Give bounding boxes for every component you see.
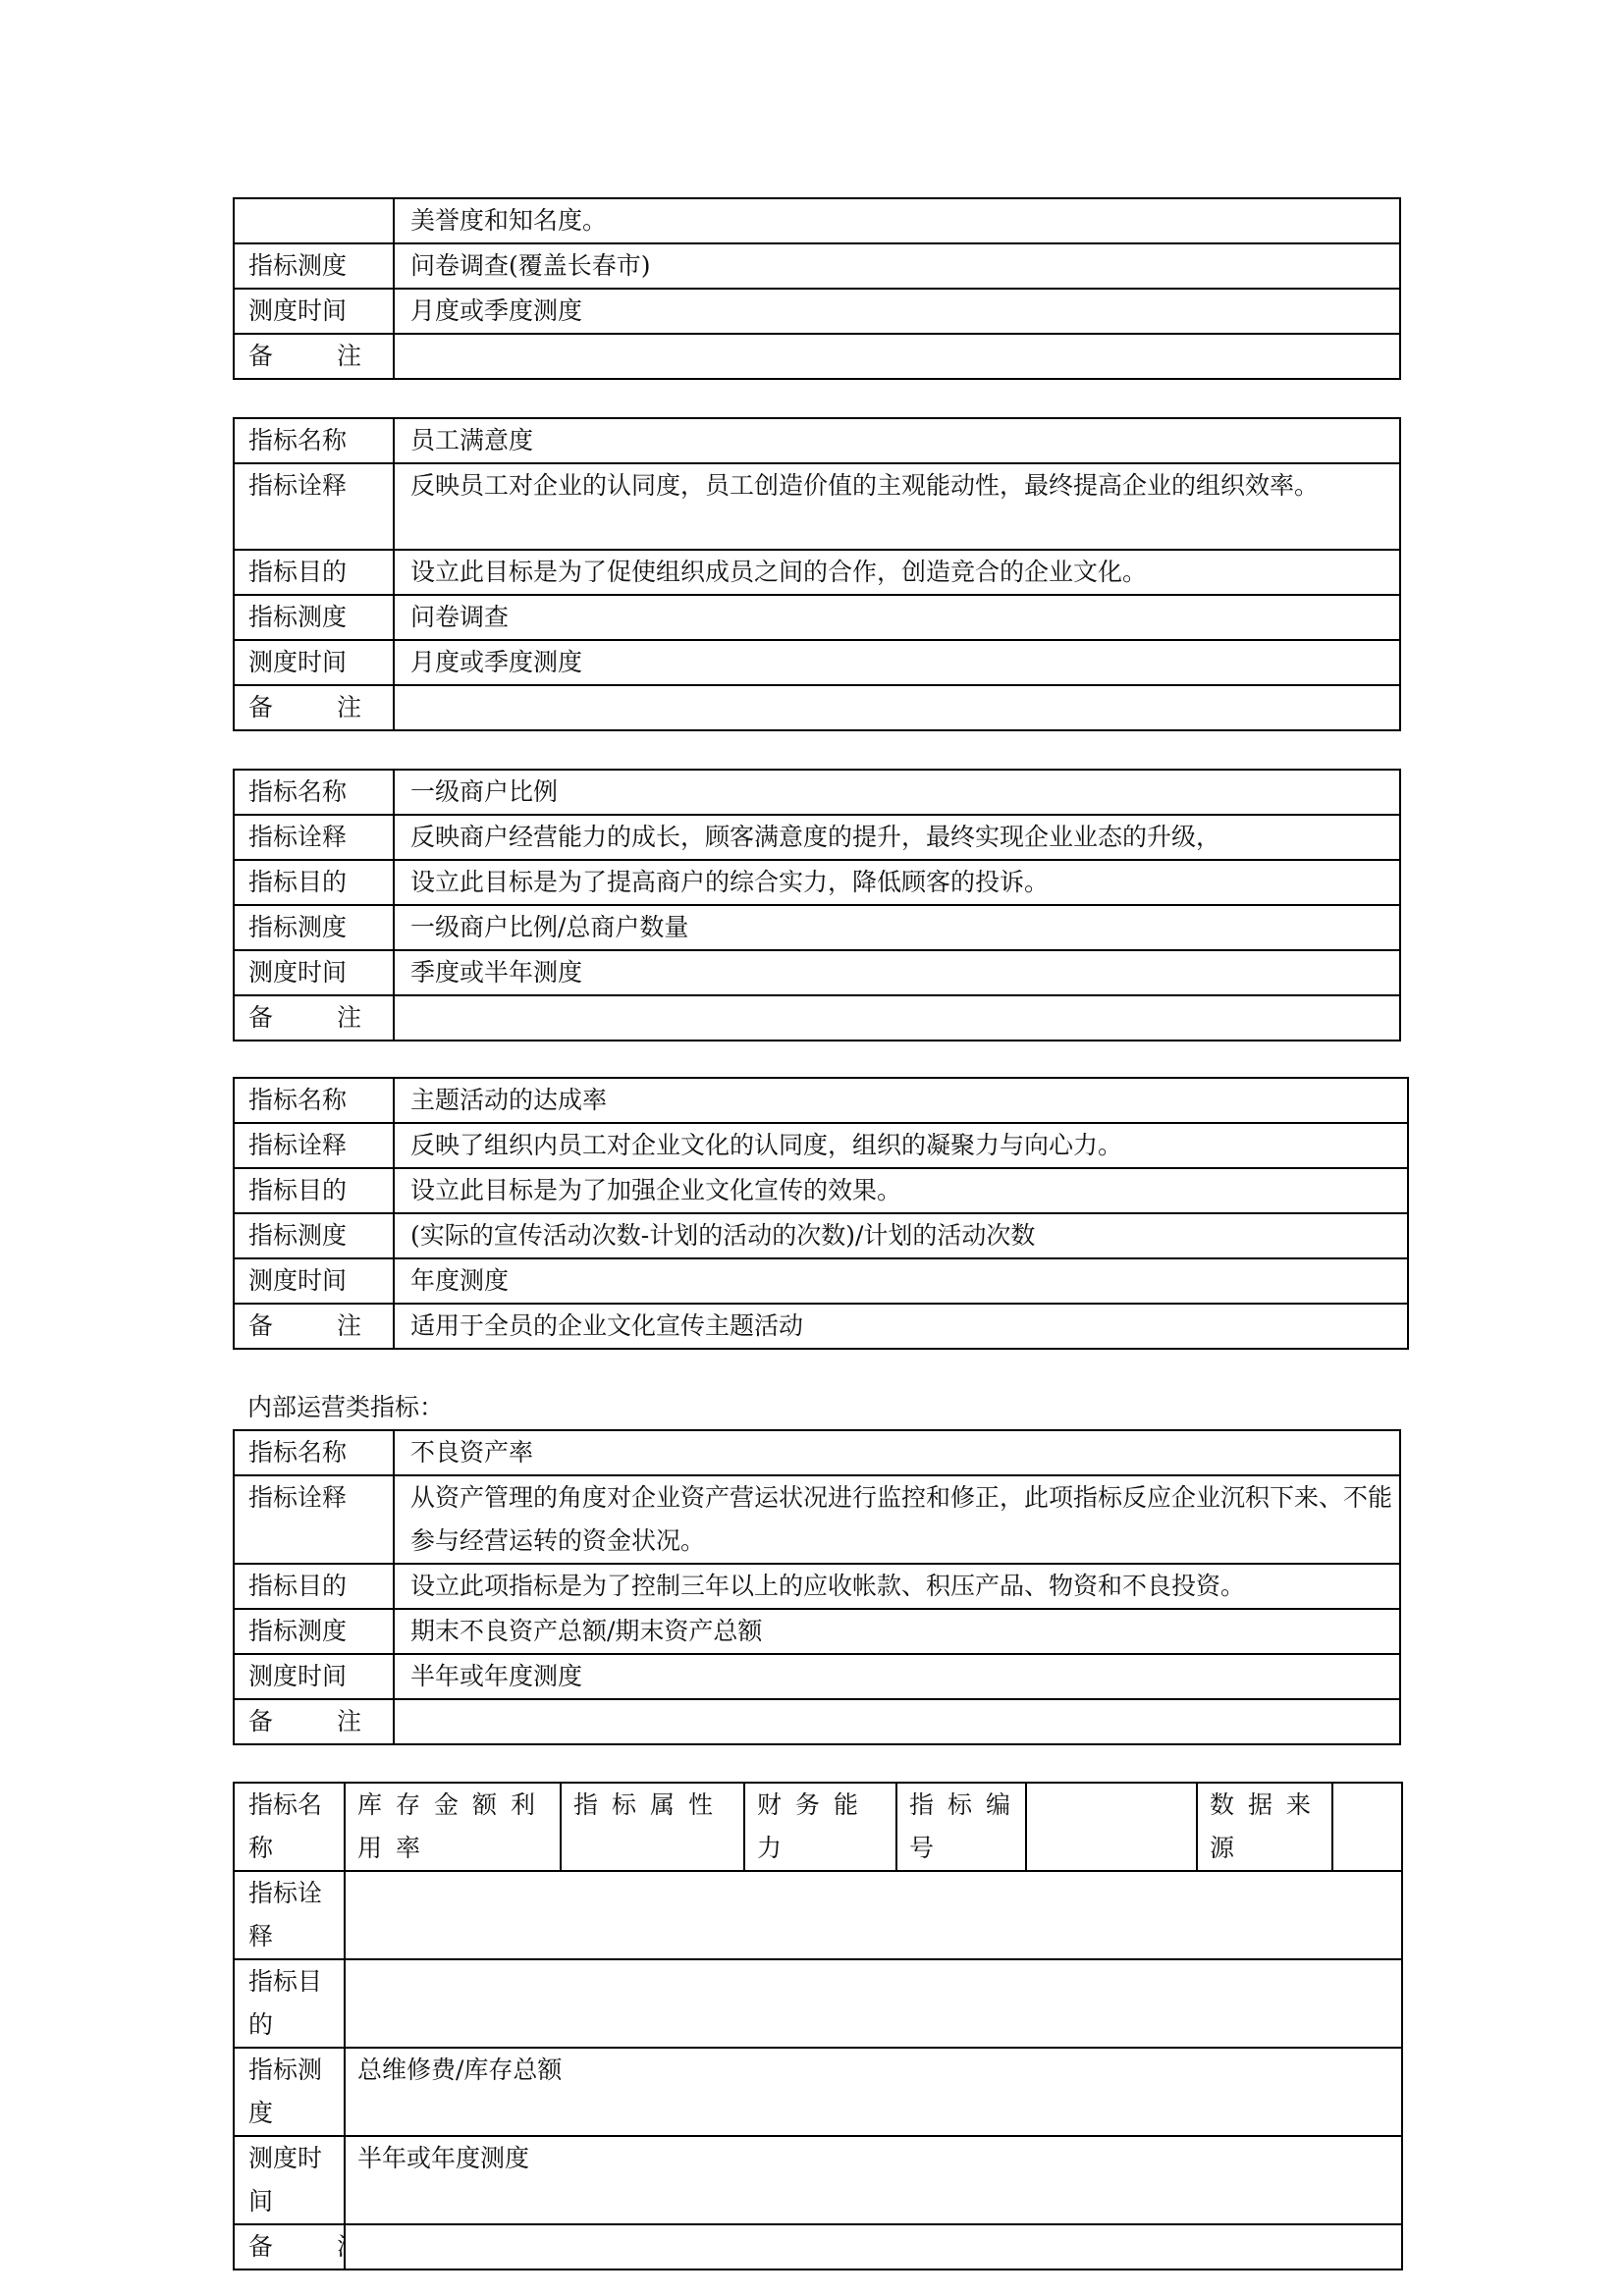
label-measure: 指标测度 — [234, 905, 394, 950]
value-purpose: 设立此目标是为了促使组织成员之间的合作，创造竞合的企业文化。 — [394, 550, 1400, 595]
label-note: 备注 — [234, 2224, 345, 2269]
label-attribute: 指标属性 — [561, 1783, 744, 1871]
table-row: 备注 — [234, 1699, 1400, 1744]
table-row: 测度时间 月度或季度测度 — [234, 640, 1400, 685]
note-char-2: 注 — [337, 996, 361, 1040]
table-row: 指标名称 主题活动的达成率 — [234, 1078, 1408, 1123]
note-char-1: 备 — [248, 1305, 273, 1348]
empty-label-cell — [234, 198, 394, 243]
table-row: 备注 — [234, 995, 1400, 1041]
table-row: 测度时间 半年或年度测度 — [234, 2136, 1402, 2224]
section-caption-internal-operations: 内部运营类指标： — [247, 1388, 444, 1427]
value-name: 主题活动的达成率 — [394, 1078, 1408, 1123]
label-purpose: 指标目的 — [234, 1168, 394, 1213]
label-note: 备注 — [234, 685, 394, 730]
label-time: 测度时间 — [234, 1258, 394, 1304]
table-row: 指标目的 设立此目标是为了促使组织成员之间的合作，创造竞合的企业文化。 — [234, 550, 1400, 595]
note-char-2: 注 — [337, 1700, 361, 1743]
table-row: 指标名称 一级商户比例 — [234, 770, 1400, 815]
table-row: 测度时间 月度或季度测度 — [234, 289, 1400, 334]
value-explain: 反映员工对企业的认同度，员工创造价值的主观能动性，最终提高企业的组织效率。 — [394, 463, 1400, 550]
label-explain: 指标诠释 — [234, 1123, 394, 1168]
table-row: 指标名称 员工满意度 — [234, 418, 1400, 463]
value-name: 一级商户比例 — [394, 770, 1400, 815]
value-note — [394, 685, 1400, 730]
value-note — [345, 2224, 1402, 2269]
value-purpose: 设立此目标是为了加强企业文化宣传的效果。 — [394, 1168, 1408, 1213]
label-name: 指标名称 — [234, 770, 394, 815]
table-row: 指标测度 问卷调查(覆盖长春市) — [234, 243, 1400, 289]
label-name: 指标名称 — [234, 418, 394, 463]
label-purpose: 指标目的 — [234, 860, 394, 905]
continuation-text: 美誉度和知名度。 — [394, 198, 1400, 243]
value-explain: 反映了组织内员工对企业文化的认同度，组织的凝聚力与向心力。 — [394, 1123, 1408, 1168]
value-note — [394, 1699, 1400, 1744]
table-row: 备注 — [234, 2224, 1402, 2269]
label-name: 指标名称 — [234, 1430, 394, 1475]
value-time: 月度或季度测度 — [394, 289, 1400, 334]
label-purpose: 指标目的 — [234, 550, 394, 595]
table-row: 备注 — [234, 685, 1400, 730]
label-note: 备注 — [234, 1699, 394, 1744]
label-name: 指标名称 — [234, 1783, 345, 1871]
value-time: 季度或半年测度 — [394, 950, 1400, 995]
value-purpose: 设立此目标是为了提高商户的综合实力，降低顾客的投诉。 — [394, 860, 1400, 905]
value-note — [394, 334, 1400, 379]
table-row: 指标诠释 从资产管理的角度对企业资产营运状况进行监控和修正，此项指标反应企业沉积… — [234, 1475, 1400, 1564]
table-row: 指标目的 — [234, 1959, 1402, 2048]
table-row: 指标名称 不良资产率 — [234, 1430, 1400, 1475]
table-row: 指标测度 问卷调查 — [234, 595, 1400, 640]
table-row: 测度时间 年度测度 — [234, 1258, 1408, 1304]
label-note: 备注 — [234, 334, 394, 379]
label-name: 指标名称 — [234, 1078, 394, 1123]
indicator-table-inventory-utilization: 指标名称 库存金额利用率 指标属性 财务能力 指标编号 数据来源 指标诠释 指标… — [233, 1782, 1403, 2270]
table-row: 指标诠释 反映商户经营能力的成长，顾客满意度的提升，最终实现企业业态的升级， — [234, 815, 1400, 860]
indicator-table-theme-activity-rate: 指标名称 主题活动的达成率 指标诠释 反映了组织内员工对企业文化的认同度，组织的… — [233, 1077, 1409, 1350]
label-explain: 指标诠释 — [234, 1475, 394, 1564]
label-measure: 指标测度 — [234, 595, 394, 640]
note-char-1: 备 — [248, 335, 273, 378]
label-time: 测度时间 — [234, 289, 394, 334]
table-row: 测度时间 季度或半年测度 — [234, 950, 1400, 995]
value-time: 半年或年度测度 — [345, 2136, 1402, 2224]
indicator-table-bad-asset-ratio: 指标名称 不良资产率 指标诠释 从资产管理的角度对企业资产营运状况进行监控和修正… — [233, 1429, 1401, 1745]
note-char-1: 备 — [248, 1700, 273, 1743]
label-time: 测度时间 — [234, 2136, 345, 2224]
value-attribute: 财务能力 — [744, 1783, 896, 1871]
table-row: 指标目的 设立此目标是为了加强企业文化宣传的效果。 — [234, 1168, 1408, 1213]
note-char-1: 备 — [248, 2225, 273, 2269]
label-time: 测度时间 — [234, 1654, 394, 1699]
label-explain: 指标诠释 — [234, 815, 394, 860]
value-source — [1332, 1783, 1402, 1871]
note-char-1: 备 — [248, 996, 273, 1040]
label-time: 测度时间 — [234, 640, 394, 685]
table-row: 指标测度 期末不良资产总额/期末资产总额 — [234, 1609, 1400, 1654]
table-row: 指标测度 一级商户比例/总商户数量 — [234, 905, 1400, 950]
note-char-2: 注 — [337, 2225, 345, 2269]
table-row: 指标诠释 反映员工对企业的认同度，员工创造价值的主观能动性，最终提高企业的组织效… — [234, 463, 1400, 550]
value-measure: (实际的宣传活动次数-计划的活动的次数)/计划的活动次数 — [394, 1213, 1408, 1258]
label-code: 指标编号 — [896, 1783, 1026, 1871]
table-row: 指标目的 设立此目标是为了提高商户的综合实力，降低顾客的投诉。 — [234, 860, 1400, 905]
label-note: 备注 — [234, 995, 394, 1041]
value-purpose — [345, 1959, 1402, 2048]
indicator-table-continued: 美誉度和知名度。 指标测度 问卷调查(覆盖长春市) 测度时间 月度或季度测度 备… — [233, 197, 1401, 380]
value-measure: 一级商户比例/总商户数量 — [394, 905, 1400, 950]
table-row: 指标诠释 — [234, 1871, 1402, 1959]
indicator-table-employee-satisfaction: 指标名称 员工满意度 指标诠释 反映员工对企业的认同度，员工创造价值的主观能动性… — [233, 417, 1401, 731]
value-name: 库存金额利用率 — [345, 1783, 561, 1871]
value-explain: 反映商户经营能力的成长，顾客满意度的提升，最终实现企业业态的升级， — [394, 815, 1400, 860]
table-row: 指标目的 设立此项指标是为了控制三年以上的应收帐款、积压产品、物资和不良投资。 — [234, 1564, 1400, 1609]
value-measure: 问卷调查 — [394, 595, 1400, 640]
value-explain: 从资产管理的角度对企业资产营运状况进行监控和修正，此项指标反应企业沉积下来、不能… — [394, 1475, 1400, 1564]
table-row: 指标名称 库存金额利用率 指标属性 财务能力 指标编号 数据来源 — [234, 1783, 1402, 1871]
value-purpose: 设立此项指标是为了控制三年以上的应收帐款、积压产品、物资和不良投资。 — [394, 1564, 1400, 1609]
value-measure: 问卷调查(覆盖长春市) — [394, 243, 1400, 289]
value-code — [1026, 1783, 1197, 1871]
label-measure: 指标测度 — [234, 2048, 345, 2136]
label-note: 备注 — [234, 1304, 394, 1349]
table-row: 测度时间 半年或年度测度 — [234, 1654, 1400, 1699]
value-name: 员工满意度 — [394, 418, 1400, 463]
note-char-2: 注 — [337, 686, 361, 729]
table-row: 指标测度 总维修费/库存总额 — [234, 2048, 1402, 2136]
label-measure: 指标测度 — [234, 243, 394, 289]
value-time: 年度测度 — [394, 1258, 1408, 1304]
label-explain: 指标诠释 — [234, 463, 394, 550]
value-note: 适用于全员的企业文化宣传主题活动 — [394, 1304, 1408, 1349]
table-row: 备注 适用于全员的企业文化宣传主题活动 — [234, 1304, 1408, 1349]
table-row: 备注 — [234, 334, 1400, 379]
label-explain: 指标诠释 — [234, 1871, 345, 1959]
note-char-2: 注 — [337, 335, 361, 378]
label-time: 测度时间 — [234, 950, 394, 995]
note-char-2: 注 — [337, 1305, 361, 1348]
label-measure: 指标测度 — [234, 1609, 394, 1654]
label-measure: 指标测度 — [234, 1213, 394, 1258]
value-measure: 期末不良资产总额/期末资产总额 — [394, 1609, 1400, 1654]
label-source: 数据来源 — [1197, 1783, 1332, 1871]
value-explain — [345, 1871, 1402, 1959]
value-name: 不良资产率 — [394, 1430, 1400, 1475]
value-time: 月度或季度测度 — [394, 640, 1400, 685]
table-row: 指标测度 (实际的宣传活动次数-计划的活动的次数)/计划的活动次数 — [234, 1213, 1408, 1258]
table-row: 美誉度和知名度。 — [234, 198, 1400, 243]
value-measure: 总维修费/库存总额 — [345, 2048, 1402, 2136]
label-purpose: 指标目的 — [234, 1564, 394, 1609]
label-purpose: 指标目的 — [234, 1959, 345, 2048]
note-char-1: 备 — [248, 686, 273, 729]
table-row: 指标诠释 反映了组织内员工对企业文化的认同度，组织的凝聚力与向心力。 — [234, 1123, 1408, 1168]
value-time: 半年或年度测度 — [394, 1654, 1400, 1699]
value-note — [394, 995, 1400, 1041]
indicator-table-tier1-merchant-ratio: 指标名称 一级商户比例 指标诠释 反映商户经营能力的成长，顾客满意度的提升，最终… — [233, 769, 1401, 1041]
